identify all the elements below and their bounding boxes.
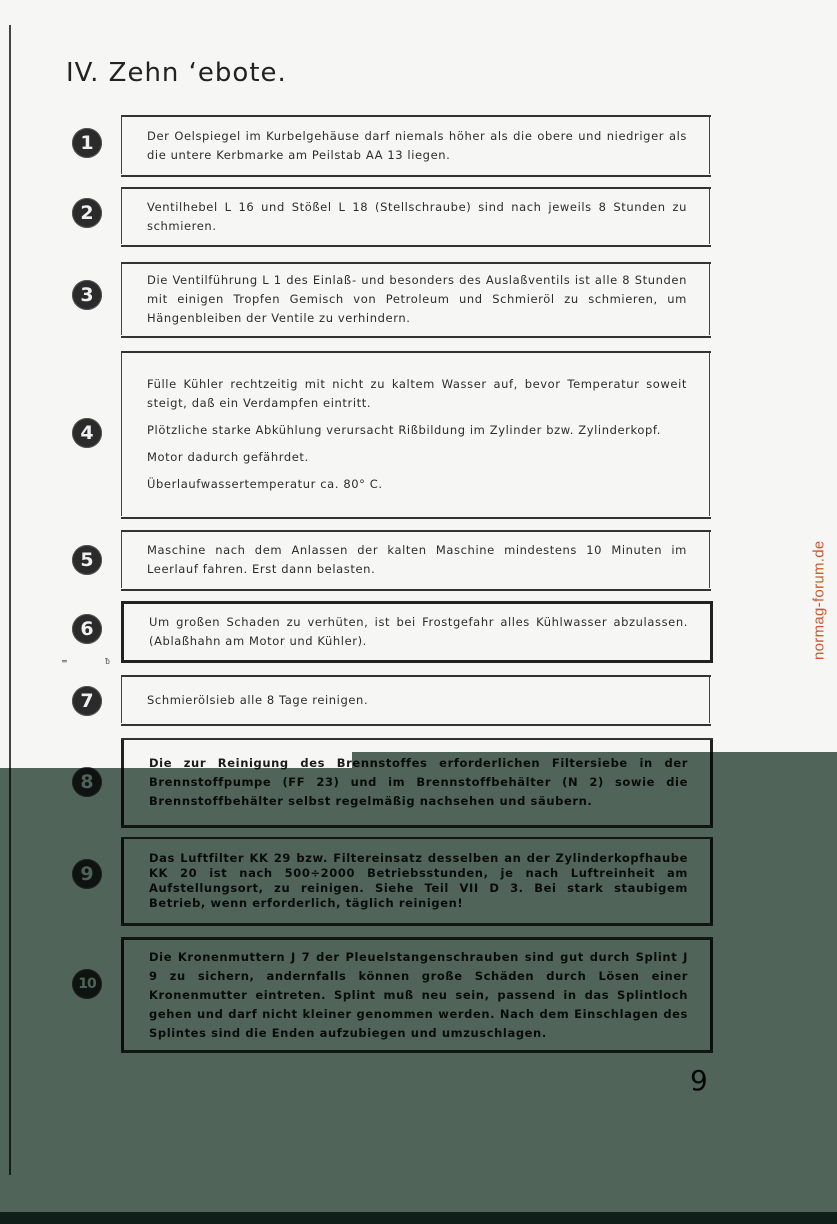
commandment-6: Um großen Schaden zu verhüten, ist bei F… (121, 604, 713, 660)
commandment-1-text: Der Oelspiegel im Kurbelgehäuse darf nie… (147, 127, 687, 165)
commandment-2: Ventilhebel L 16 und Stößel L 18 (Stells… (121, 189, 710, 244)
commandment-4-text-3: Motor dadurch gefährdet. (147, 448, 687, 467)
commandment-7-text: Schmierölsieb alle 8 Tage reinigen. (147, 691, 687, 710)
rule-bottom-1 (121, 175, 711, 177)
commandment-5: Maschine nach dem Anlassen der kalten Ma… (121, 532, 710, 588)
commandment-4-text-1: Fülle Kühler rechtzeitig mit nicht zu ka… (147, 375, 687, 413)
rule-bottom-2 (121, 245, 711, 247)
rule-bottom-4 (121, 517, 711, 519)
watermark: normag-forum.de (809, 520, 829, 680)
scan-shadow-left (0, 768, 352, 1224)
commandment-4: Fülle Kühler rechtzeitig mit nicht zu ka… (121, 353, 710, 516)
commandment-4-text-2: Plötzliche starke Abkühlung verursacht R… (147, 421, 687, 440)
commandment-5-text: Maschine nach dem Anlassen der kalten Ma… (147, 541, 687, 579)
commandment-7: Schmierölsieb alle 8 Tage reinigen. (121, 677, 710, 723)
commandment-6-text: Um großen Schaden zu verhüten, ist bei F… (149, 613, 688, 651)
commandment-2-text: Ventilhebel L 16 und Stößel L 18 (Stells… (147, 198, 687, 236)
commandment-3-text: Die Ventilführung L 1 des Einlaß- und be… (147, 271, 687, 328)
number-badge-2-icon: 2 (72, 198, 102, 228)
number-badge-6-icon: 6 (72, 614, 102, 644)
commandment-4-text-4: Überlaufwassertemperatur ca. 80° C. (147, 475, 687, 494)
number-badge-4-icon: 4 (72, 418, 102, 448)
rule-bottom-6 (121, 660, 713, 663)
commandment-3: Die Ventilführung L 1 des Einlaß- und be… (121, 264, 710, 335)
rule-bottom-7 (121, 724, 711, 726)
margin-mark: ═ ᵬ (62, 657, 128, 666)
rule-bottom-3 (121, 336, 711, 338)
page-title: IV. Zehn ‘ebote. (66, 58, 287, 88)
commandment-1: Der Oelspiegel im Kurbelgehäuse darf nie… (121, 117, 710, 174)
number-badge-1-icon: 1 (72, 128, 102, 158)
number-badge-5-icon: 5 (72, 545, 102, 575)
number-badge-7-icon: 7 (72, 686, 102, 716)
rule-bottom-5 (121, 589, 711, 591)
scan-shadow-right (352, 752, 837, 1224)
number-badge-3-icon: 3 (72, 280, 102, 310)
scan-bottom-edge (0, 1212, 837, 1224)
